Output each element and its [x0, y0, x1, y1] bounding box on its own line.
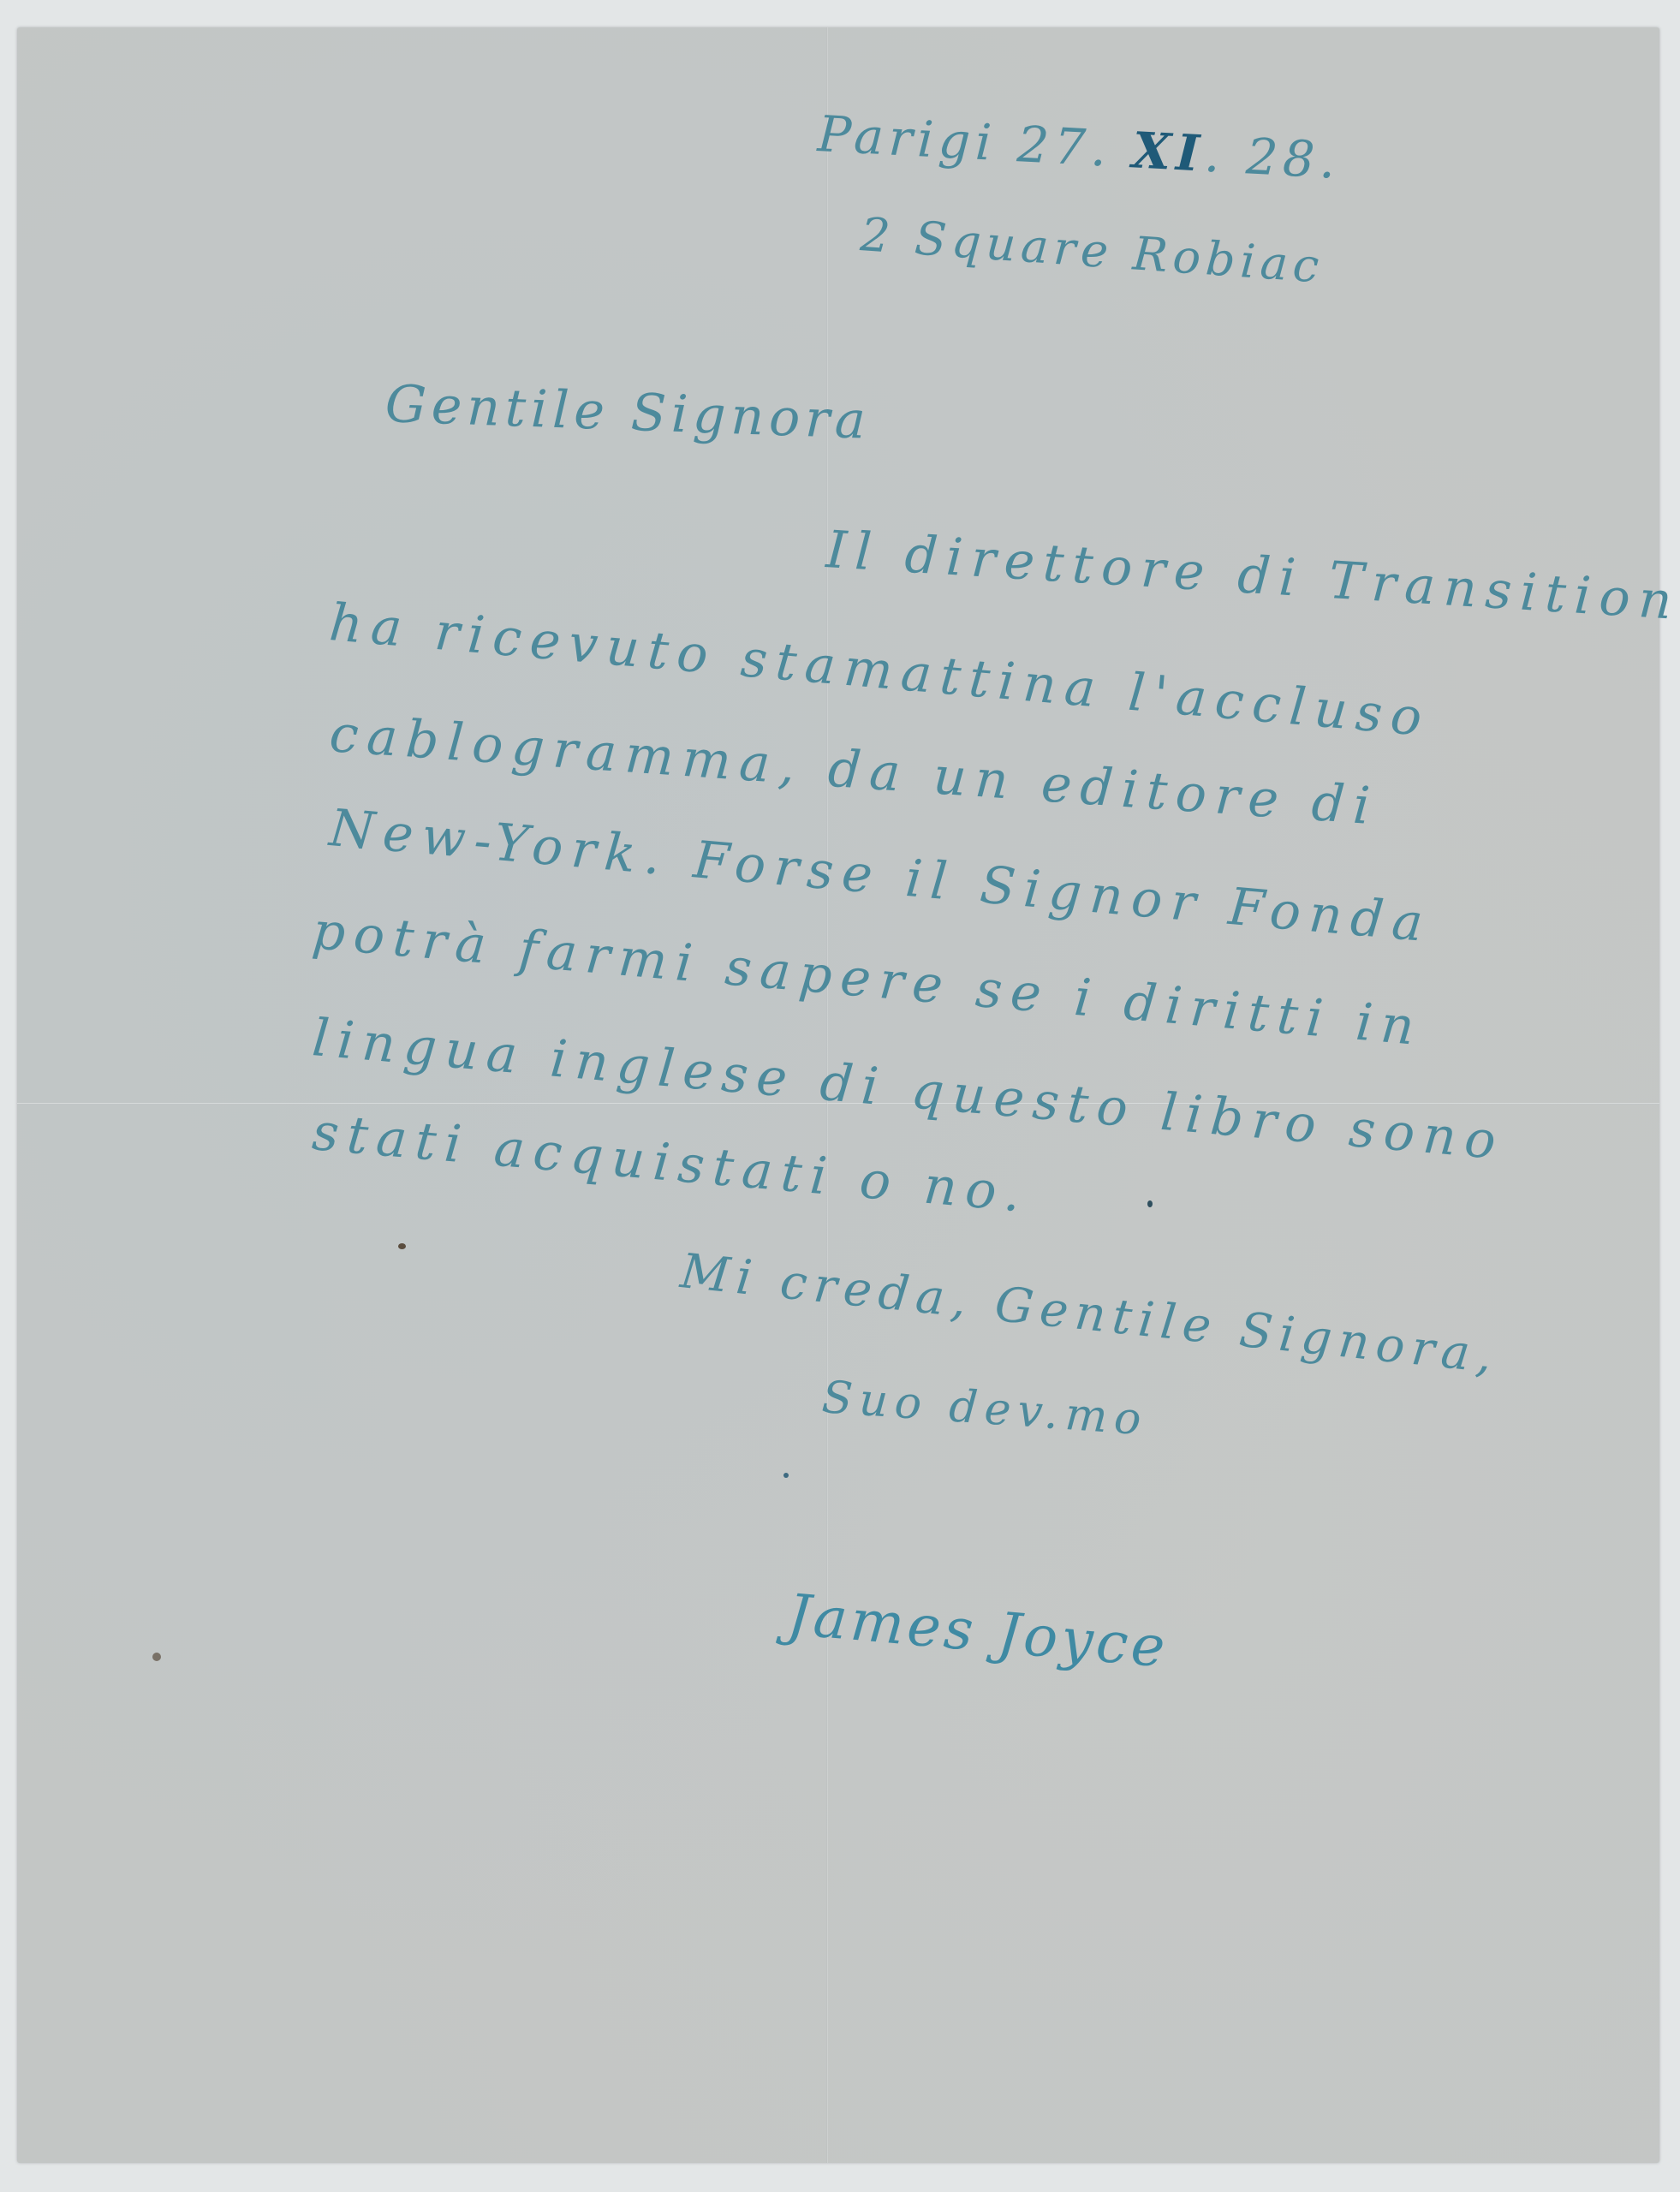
- sender-address: 2 Square Robiac: [859, 207, 1326, 294]
- body-line: Il direttore di Transition: [825, 520, 1680, 632]
- letter-date: Parigi 27. XI. 28.: [816, 104, 1342, 190]
- signature: James Joyce: [785, 1581, 1171, 1681]
- ink-dot: [783, 1473, 789, 1478]
- salutation: Gentile Signora: [384, 374, 872, 451]
- date-month: XI: [1131, 121, 1206, 182]
- date-year: . 28.: [1203, 125, 1342, 190]
- foxing-spot: [398, 1243, 406, 1249]
- closing-valediction: Suo dev.mo: [820, 1372, 1150, 1445]
- ink-dot: [1147, 1200, 1153, 1207]
- date-place: Parigi 27.: [816, 104, 1113, 178]
- closing-line: Mi creda, Gentile Signora,: [678, 1243, 1502, 1385]
- letter-paper: Parigi 27. XI. 28. 2 Square Robiac Genti…: [17, 27, 1659, 2163]
- foxing-spot: [152, 1653, 161, 1661]
